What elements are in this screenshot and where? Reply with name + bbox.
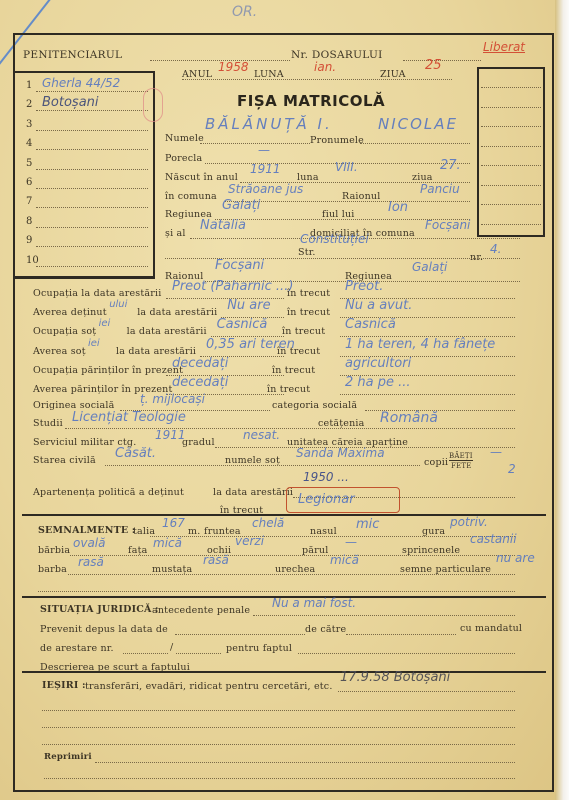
photo-box-line [481, 107, 541, 108]
list-entry-field[interactable] [36, 149, 148, 150]
fapt-label: pentru faptul [226, 643, 292, 654]
list-entry-field[interactable] [36, 188, 148, 189]
cetatenia-value: Română [380, 410, 438, 426]
list-entry: Gherla 44/52 [42, 76, 120, 90]
list-entry-field[interactable] [36, 266, 148, 267]
domiciliat-value: Focșani [425, 218, 470, 232]
list-entry-field[interactable] [36, 130, 148, 131]
studii-label: Studii [33, 418, 63, 429]
antecedente-value: Nu a mai fost. [272, 596, 356, 610]
list-number: 3 [26, 119, 32, 130]
list-entry-field[interactable] [36, 227, 148, 228]
fruntea-value: chelă [252, 516, 284, 530]
detail-label: Ocupația părinților în prezent [33, 365, 183, 376]
sprancene-value: castanii [470, 532, 517, 546]
trecut-label: în trecut [287, 307, 330, 318]
studii-value: Licențiat Teologie [72, 410, 186, 425]
photo-box [477, 67, 545, 237]
list-entry-field[interactable] [36, 207, 148, 208]
iesiri-value: 17.9.58 Botoșani [340, 670, 450, 685]
antecedente-label: antecedente penale [152, 605, 250, 616]
detail-prefix: iei [99, 318, 111, 329]
prevenit-label: Prevenit depus la data de [40, 624, 168, 635]
semnalmente-row3[interactable] [68, 574, 515, 575]
fata-value: mică [153, 536, 182, 550]
detail-value: decedați [172, 375, 228, 390]
mandat-label: cu mandatul [460, 623, 522, 634]
corner-note: OR. [232, 4, 257, 20]
luna-value: ian. [314, 60, 336, 74]
dosar-value: Liberat [483, 40, 525, 54]
nasul-value: mic [356, 517, 379, 532]
list-number: 4 [26, 138, 32, 149]
trecut-label: în trecut [267, 384, 310, 395]
talia-value: 167 [162, 516, 185, 530]
fapt-field[interactable] [298, 653, 515, 654]
detail-value: Nu are [227, 298, 270, 313]
semnalmente-row4[interactable] [38, 591, 515, 592]
studii-field[interactable] [65, 428, 515, 429]
photo-box-line [481, 185, 541, 186]
list-number: 1 [26, 80, 32, 91]
raionul-value: Panciu [420, 182, 460, 196]
ziua-value: 25 [425, 58, 442, 73]
arestare-nr-field[interactable] [123, 653, 168, 654]
reprimiri-field[interactable] [95, 762, 515, 763]
list-number: 7 [26, 196, 32, 207]
page-edge [555, 0, 569, 800]
list-number: 8 [26, 216, 32, 227]
origine-value: ț. mijlocași [140, 392, 205, 406]
divider [15, 277, 155, 279]
detail-label-2: la data arestării [127, 326, 207, 337]
gradul-label: gradul [182, 437, 215, 448]
categoria-label: categoria socială [272, 400, 357, 411]
numele-field[interactable] [200, 143, 310, 144]
regiunea2-value: Galați [412, 260, 447, 274]
stare-field[interactable] [105, 465, 420, 466]
juridic-heading: SITUAȚIA JURIDICĂ : [40, 604, 159, 615]
iesiri-field[interactable] [338, 691, 515, 692]
prevenit-field[interactable] [175, 634, 305, 635]
photo-box-line [481, 87, 541, 88]
parul-value: — [345, 535, 357, 549]
red-pencil-mark [143, 88, 163, 122]
stare-label: Starea civilă [33, 455, 96, 466]
fete-value: 2 [508, 462, 516, 476]
gradul-value: nesat. [243, 428, 280, 442]
detail-value: Casnică [217, 317, 268, 332]
detail-label: Averea deținut [33, 307, 107, 318]
arestare-nr-label: de arestare nr. [40, 643, 114, 654]
list-entry-field[interactable] [36, 246, 148, 247]
arestare-politica-value: 1950 ... [303, 470, 349, 484]
trecut-value: 1 ha teren, 4 ha fânețe [345, 337, 495, 352]
trecut-value: Casnică [345, 317, 396, 332]
arestare-nr-field-2[interactable] [176, 653, 221, 654]
antecedente-field[interactable] [253, 615, 515, 616]
barbia-value: ovală [73, 536, 105, 550]
iesiri-line-2[interactable] [42, 710, 515, 711]
trecut-label: în trecut [277, 346, 320, 357]
nr-value: 4. [490, 242, 501, 256]
de-catre-field[interactable] [346, 634, 456, 635]
sot-value: Sanda Maxima [296, 446, 385, 460]
gura-value: potriv. [450, 515, 488, 529]
regiunea-value: Galați [222, 198, 260, 213]
trecut-field[interactable] [340, 394, 515, 395]
list-number: 2 [26, 99, 32, 110]
photo-box-line [481, 126, 541, 127]
baieti-label: BĂEȚI [449, 452, 473, 461]
comuna-label: în comuna [165, 191, 217, 202]
stare-value: Căsăt. [115, 446, 156, 461]
trecut-label: în trecut [287, 288, 330, 299]
porecla-value: — [258, 143, 270, 157]
nascut-ziua-value: 27. [440, 158, 461, 173]
photo-box-line [481, 224, 541, 225]
copii-label: copii [424, 457, 448, 468]
reprimiri-line-2[interactable] [44, 778, 515, 779]
penitenciarul-label: PENITENCIARUL [23, 49, 122, 61]
nascut-value: 1911 [250, 162, 281, 176]
trecut-label: în trecut [272, 365, 315, 376]
list-number: 6 [26, 177, 32, 188]
iesiri-line-3[interactable] [42, 727, 515, 728]
detail-prefix: ului [109, 299, 127, 310]
list-number: 10 [26, 255, 39, 266]
pronumele-value: NICOLAE [378, 115, 458, 133]
mustata-value: rasă [203, 553, 229, 567]
raionul2-value: Focșani [215, 258, 264, 273]
de-catre-label: de către [305, 624, 346, 635]
porecla-label: Porecla [165, 153, 202, 164]
iesiri-line-4[interactable] [42, 744, 515, 745]
page-title: FIȘA MATRICOLĂ [237, 92, 385, 110]
trecut-value: agricultori [345, 356, 411, 371]
dosar-field[interactable] [403, 60, 481, 61]
photo-box-line [481, 146, 541, 147]
pronumele-field[interactable] [360, 143, 470, 144]
semnalmente-row1[interactable] [150, 536, 515, 537]
fiul-value: Ion [388, 200, 408, 215]
trecut-value: Preot. [345, 279, 383, 294]
section-divider [22, 671, 546, 673]
detail-label: Ocupația soț [33, 326, 96, 337]
semnalmente-row2[interactable] [70, 555, 515, 556]
trecut-politica-value: Legionar [298, 492, 355, 507]
arestare-politica-label: la data arestării [213, 487, 293, 498]
barba-label: barba [38, 564, 67, 575]
si-al-label: și al [165, 228, 186, 239]
ochii-value: verzi [235, 534, 264, 548]
barbia-label: bărbia [38, 545, 70, 556]
list-number: 5 [26, 158, 32, 169]
detail-label: Ocupația la data arestării [33, 288, 161, 299]
fete-label: FETE [451, 462, 472, 470]
list-entry: Botoșani [42, 95, 99, 110]
date-underline [182, 79, 452, 80]
comuna-field[interactable] [225, 201, 470, 202]
semnalmente-heading: SEMNALMENTE : [38, 525, 136, 536]
comuna-value: Străoane jus [228, 182, 303, 196]
photo-box-line [481, 204, 541, 205]
detail-value: Preot (Paharnic ...) [172, 279, 293, 294]
numele-value: BĂLĂNUȚĂ I. [205, 115, 333, 133]
list-entry-field[interactable] [36, 91, 148, 92]
pronumele-label: Pronumele [310, 135, 364, 146]
photo-box-line [481, 165, 541, 166]
str-label: Str. [298, 247, 316, 258]
politica-label: Apartenența politică a deținut [33, 487, 184, 498]
urechea-value: mică [330, 553, 359, 567]
str-value: Constituției [300, 232, 369, 246]
reprimiri-label: Reprimiri [44, 752, 92, 762]
nascut-luna-value: VIII. [335, 160, 358, 174]
semne-value: nu are [496, 551, 535, 565]
iesiri-text: transferări, evadări, ridicat pentru cer… [85, 681, 333, 692]
iesiri-heading: IEȘIRI : [42, 680, 86, 691]
detail-label: Averea soț [33, 346, 86, 357]
list-entry-field[interactable] [36, 110, 148, 111]
barba-value: rasă [78, 555, 104, 569]
baieti-value: — [490, 445, 502, 459]
detail-prefix: iei [88, 338, 100, 349]
serviciu-value: 1911 [155, 428, 186, 442]
dosar-label: Nr. DOSARULUI [291, 49, 383, 61]
trecut-value: 2 ha pe ... [345, 375, 411, 390]
slash: / [170, 642, 173, 653]
list-entry-field[interactable] [36, 169, 148, 170]
detail-label-2: la data arestării [137, 307, 217, 318]
detail-value: decedați [172, 356, 228, 371]
anul-value: 1958 [218, 60, 249, 74]
list-number: 9 [26, 235, 32, 246]
trecut-value: Nu a avut. [345, 298, 412, 313]
si-al-value: Natalia [200, 218, 246, 233]
numele-label: Numele [165, 133, 204, 144]
